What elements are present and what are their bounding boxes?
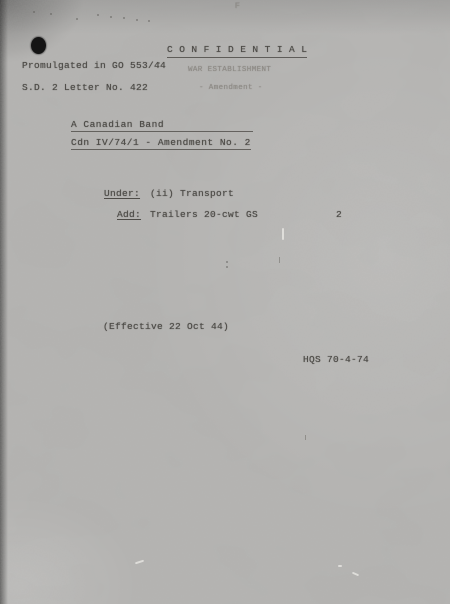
scan-speck xyxy=(110,16,112,18)
hole-punch-mark xyxy=(31,37,46,54)
scan-white-streak xyxy=(282,228,284,240)
unit-title: A Canadian Band xyxy=(71,119,253,132)
add-label: Add: xyxy=(117,209,141,220)
reference-line: Cdn IV/74/1 - Amendment No. 2 xyxy=(71,137,251,150)
scan-speck xyxy=(33,11,35,13)
scan-speck xyxy=(50,13,52,15)
add-item: Trailers 20-cwt GS xyxy=(150,209,258,220)
file-reference: HQS 70-4-74 xyxy=(303,354,369,365)
classification-heading: C O N F I D E N T I A L xyxy=(167,44,307,58)
scan-speck xyxy=(123,17,125,19)
war-establishment-label: WAR ESTABLISHMENT xyxy=(188,66,271,74)
scan-speck xyxy=(136,19,138,21)
scan-speck xyxy=(97,14,99,16)
scan-speck xyxy=(76,18,78,20)
unit-title-block: A Canadian Band Cdn IV/74/1 - Amendment … xyxy=(71,119,253,150)
scan-white-streak xyxy=(338,565,342,567)
sd-letter-line: S.D. 2 Letter No. 422 xyxy=(22,82,148,93)
scan-speck xyxy=(148,20,150,22)
promulgated-line: Promulgated in GO 553/44 xyxy=(22,60,166,71)
stray-typed-mark: F xyxy=(235,2,240,11)
scan-white-streak xyxy=(135,560,144,565)
scan-speck xyxy=(279,257,280,263)
effective-date-note: (Effective 22 Oct 44) xyxy=(103,321,229,332)
scan-white-streak xyxy=(352,572,359,577)
scan-speck xyxy=(305,435,306,440)
scan-speck xyxy=(226,261,228,263)
under-value: (ii) Transport xyxy=(150,188,234,199)
under-label: Under: xyxy=(104,188,140,199)
amendment-label: - Amendment - xyxy=(199,84,263,92)
scan-speck xyxy=(226,266,228,268)
add-quantity: 2 xyxy=(336,209,342,220)
scanned-document-page: F C O N F I D E N T I A L WAR ESTABLISHM… xyxy=(0,0,450,604)
